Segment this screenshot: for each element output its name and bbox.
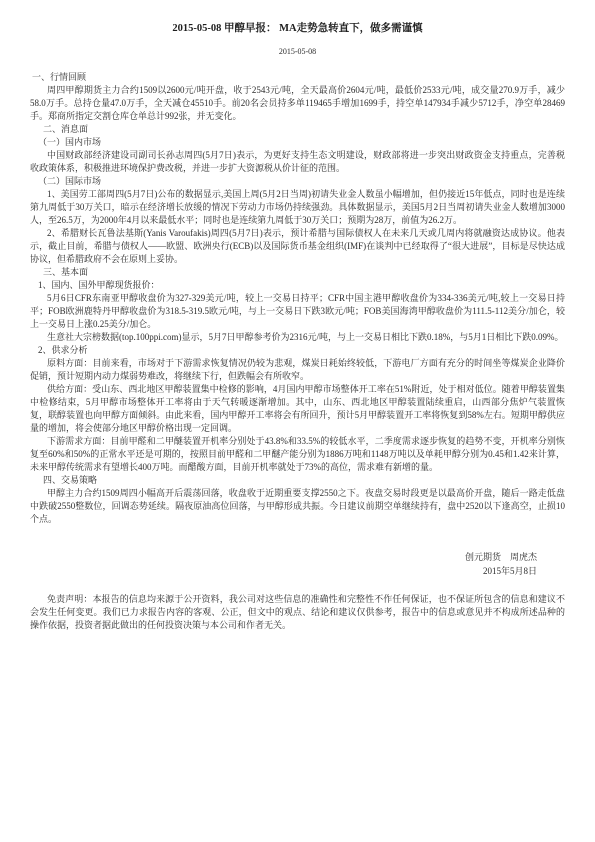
subheading-spot-quotes: 1、国内、国外甲醇现货报价： <box>30 279 565 292</box>
signature-author: 创元期货 周虎杰 <box>30 550 537 564</box>
subheading-international-market: （二）国际市场 <box>30 175 565 188</box>
paragraph-trading-strategy: 甲醇主力合约1509周四小幅高开后震荡回落，收盘收于近期重要支撑2550之下。夜… <box>30 487 565 526</box>
subheading-supply-demand-analysis: 2、供求分析 <box>30 344 565 357</box>
section-heading-news: 二、消息面 <box>30 123 565 136</box>
paragraph-supply-side: 供给方面：受山东、西北地区甲醇装置集中检修的影响，4月国内甲醇市场整体开工率在5… <box>30 383 565 435</box>
disclaimer-text: 免责声明：本报告的信息均来源于公开资料，我公司对这些信息的准确性和完整性不作任何… <box>30 593 565 632</box>
report-page: 2015-05-08 甲醇早报： MA走势急转直下，做多需谨慎 2015-05-… <box>0 0 595 842</box>
section-heading-market-review: 一、行情回顾 <box>30 71 565 84</box>
section-heading-fundamentals: 三、基本面 <box>30 266 565 279</box>
report-body: 一、行情回顾 周四甲醇期货主力合约1509以2600元/吨开盘，收于2543元/… <box>30 71 565 526</box>
paragraph-us-jobless-claims: 1、美国劳工部周四(5月7日)公布的数据显示,美国上周(5月2日当周)初请失业金… <box>30 188 565 227</box>
subheading-domestic-market: （一）国内市场 <box>30 136 565 149</box>
paragraph-raw-materials: 原料方面：目前来看，市场对于下游需求恢复情况仍较为悲观，煤炭日耗始终较低，下游电… <box>30 357 565 383</box>
signature-date: 2015年5月8日 <box>30 564 537 578</box>
report-date: 2015-05-08 <box>30 46 565 58</box>
section-heading-trading-strategy: 四、交易策略 <box>30 474 565 487</box>
paragraph-international-spot-quotes: 5月6日CFR东南亚甲醇收盘价为327-329美元/吨，较上一交易日持平；CFR… <box>30 292 565 331</box>
paragraph-downstream-demand: 下游需求方面：目前甲醛和二甲醚装置开机率分别处于43.8%和33.5%的较低水平… <box>30 435 565 474</box>
page-title: 2015-05-08 甲醇早报： MA走势急转直下，做多需谨慎 <box>30 22 565 36</box>
paragraph-domestic-reference-price: 生意社大宗榜数据(top.100ppi.com)显示，5月7日甲醇参考价为231… <box>30 331 565 344</box>
paragraph-market-review: 周四甲醇期货主力合约1509以2600元/吨开盘，收于2543元/吨，全天最高价… <box>30 84 565 123</box>
paragraph-greece-financing: 2、希腊财长瓦鲁法基斯(Yanis Varoufakis)周四(5月7日)表示，… <box>30 227 565 266</box>
paragraph-domestic-market: 中国财政部经济建设司副司长孙志周四(5月7日)表示，为更好支持生态文明建设，财政… <box>30 149 565 175</box>
signature-block: 创元期货 周虎杰 2015年5月8日 <box>30 550 565 578</box>
